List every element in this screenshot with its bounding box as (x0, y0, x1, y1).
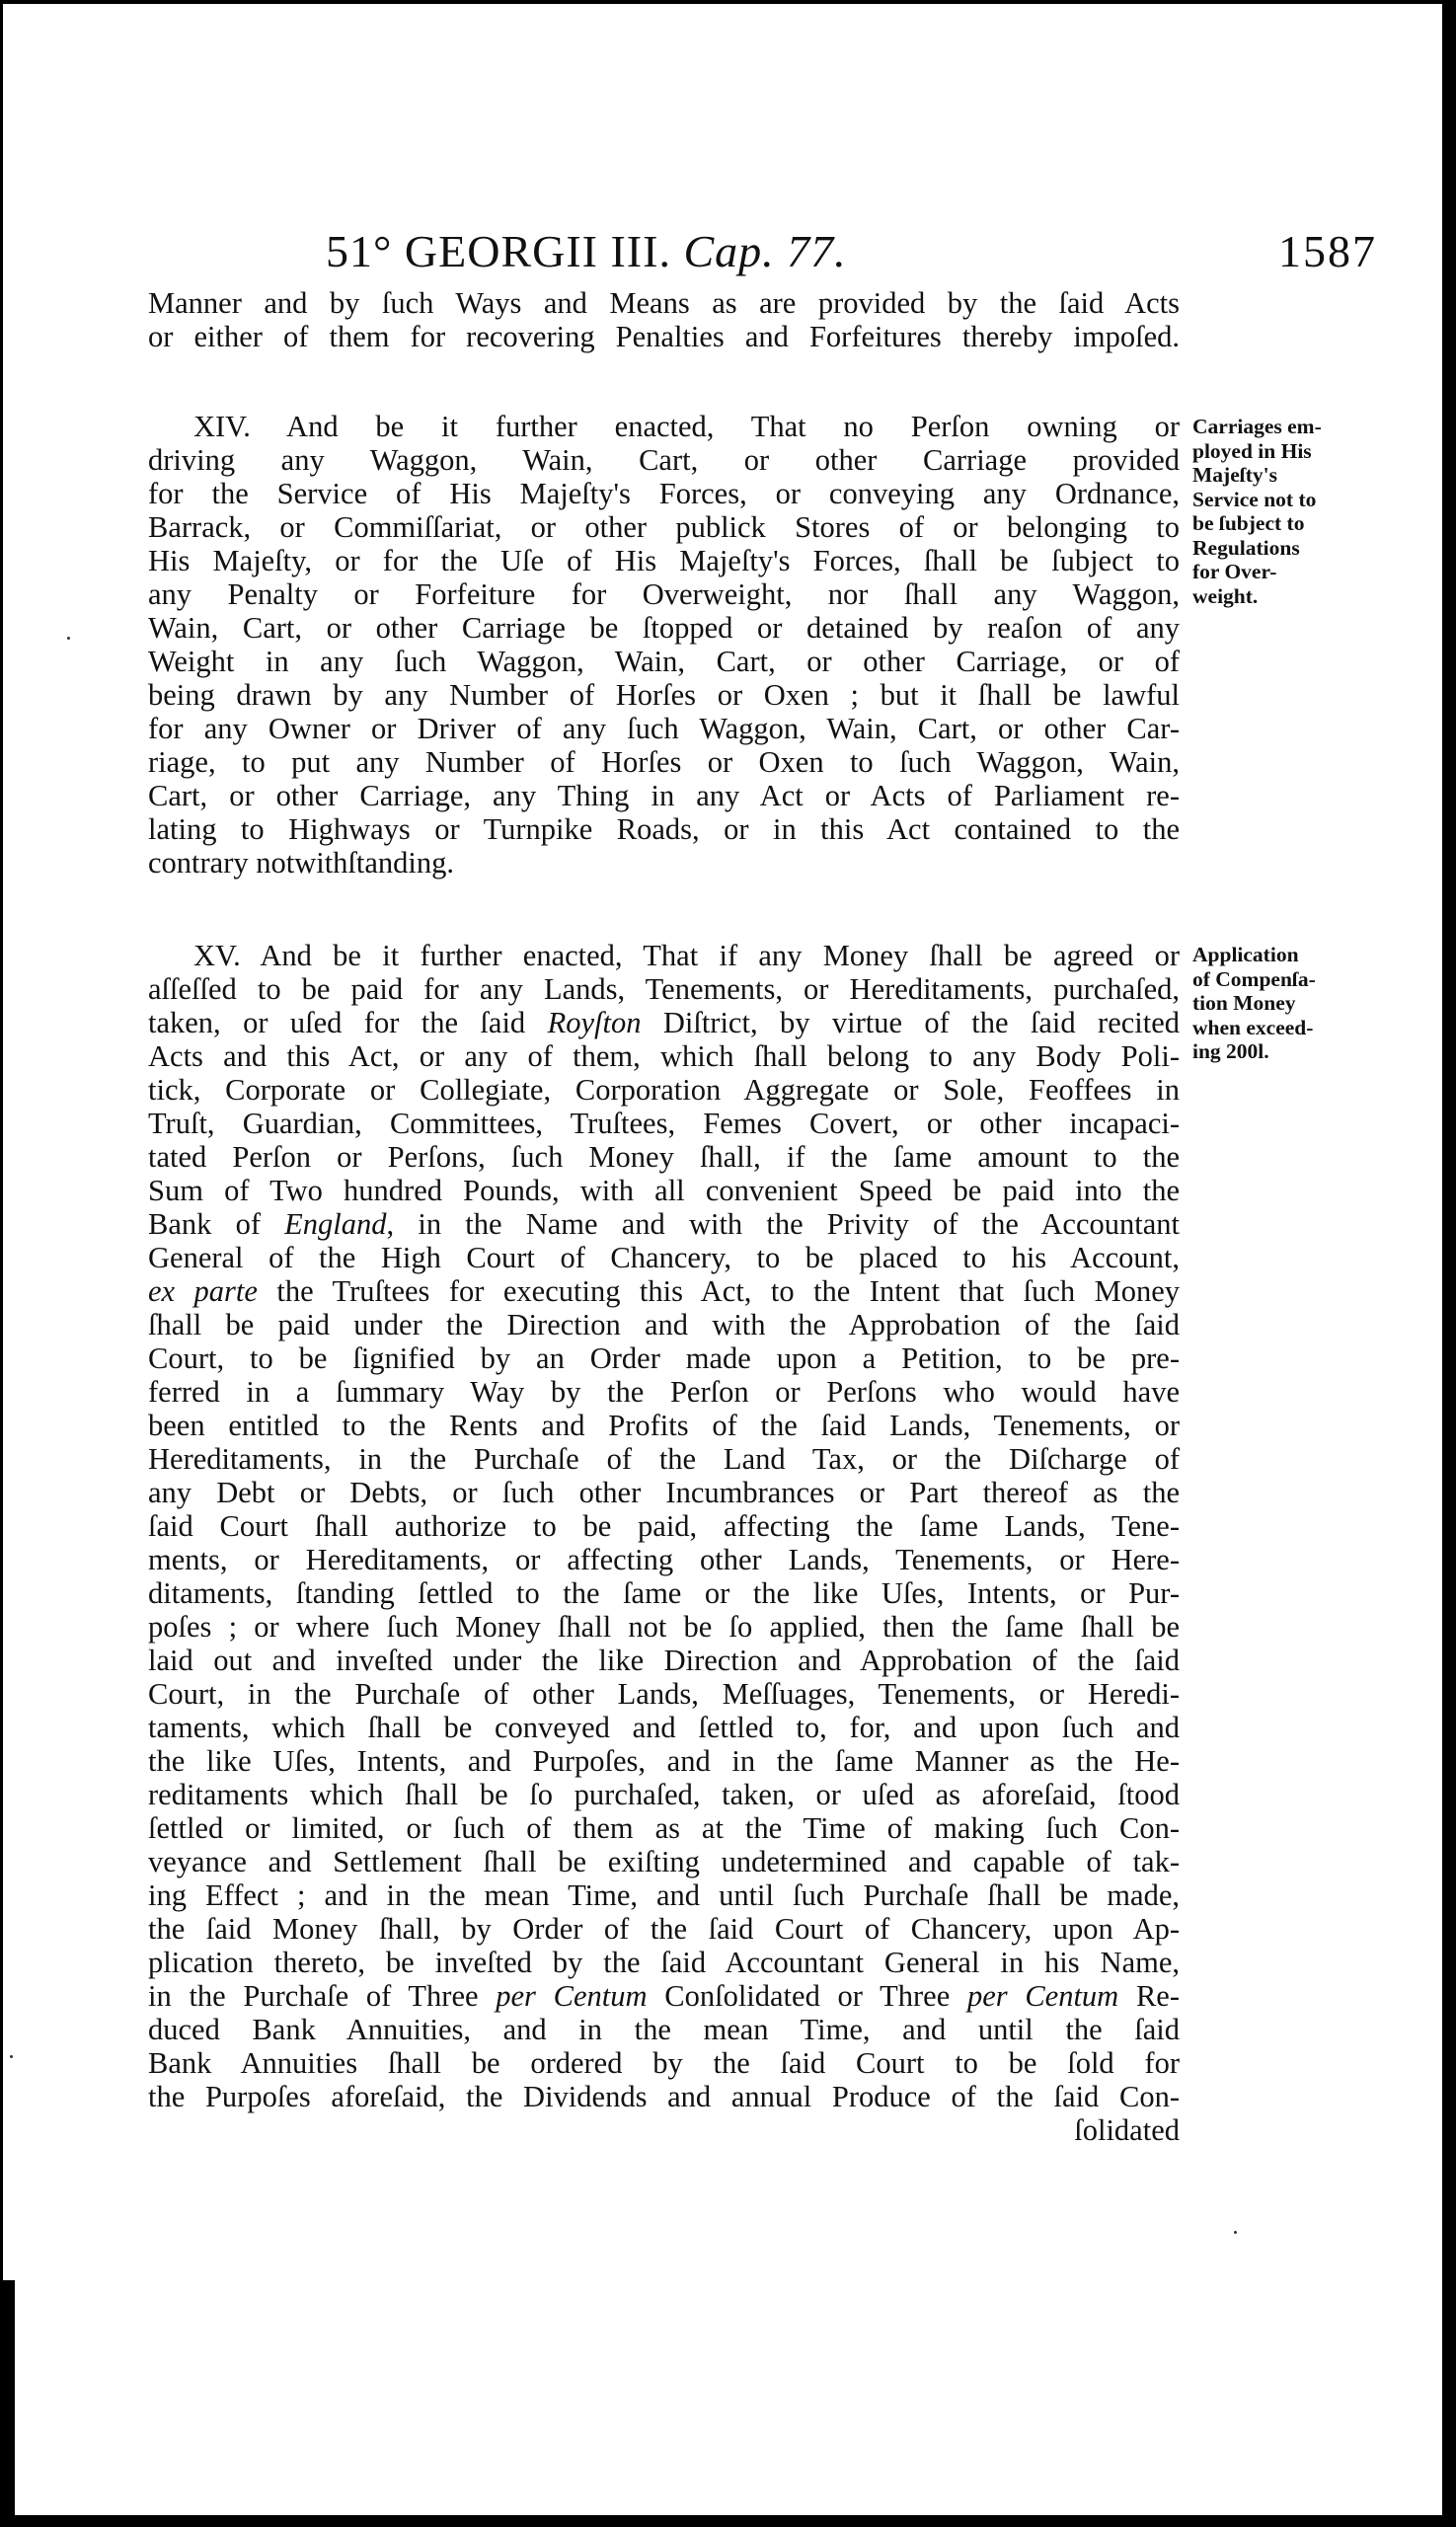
catchword: ſolidated (148, 2113, 1180, 2147)
text-line: been entitled to the Rents and Profits o… (148, 1409, 1180, 1442)
text-line: aſſeſſed to be paid for any Lands, Tenem… (148, 972, 1180, 1006)
margin-note-line: weight. (1192, 584, 1370, 609)
section-xv: XV. And be it further enacted, That if a… (148, 939, 1180, 2147)
scan-border-top (0, 0, 1456, 4)
margin-note-line: Regulations (1192, 536, 1370, 561)
text-line: Cart, or other Carriage, any Thing in an… (148, 779, 1180, 812)
text-line: tated Perſon or Perſons, ſuch Money ſhal… (148, 1140, 1180, 1174)
text-line: being drawn by any Number of Horſes or O… (148, 678, 1180, 712)
regnal-year: 51° (326, 226, 392, 276)
text-line: tick, Corporate or Collegiate, Corporati… (148, 1073, 1180, 1107)
margin-note-line: for Over- (1192, 560, 1370, 584)
text-line: Court, in the Purchaſe of other Lands, M… (148, 1677, 1180, 1711)
text-line: ex parte the Truſtees for executing this… (148, 1274, 1180, 1308)
text-line: laid out and inveſted under the like Dir… (148, 1644, 1180, 1677)
running-title: 51° GEORGII III. Cap. 77. (326, 225, 847, 277)
text-line: Court, to be ſignified by an Order made … (148, 1341, 1180, 1375)
text-line: in the Purchaſe of Three per Centum Conſ… (148, 1979, 1180, 2013)
italic-term: England (284, 1207, 386, 1241)
continuation-paragraph: Manner and by ſuch Ways and Means as are… (148, 286, 1180, 353)
text-line: Barrack, or Commiſſariat, or other publi… (148, 510, 1180, 544)
text-line: duced Bank Annuities, and in the mean Ti… (148, 2013, 1180, 2046)
margin-note-line: when exceed- (1192, 1016, 1370, 1040)
text-line: ditaments, ſtanding ſettled to the ſame … (148, 1576, 1180, 1610)
margin-note-line: Carriages em- (1192, 415, 1370, 439)
text-line: driving any Waggon, Wain, Cart, or other… (148, 443, 1180, 477)
section-heading-line: XIV. And be it further enacted, That no … (148, 410, 1180, 443)
margin-note-line: be ſubject to (1192, 511, 1370, 536)
scan-speck (67, 637, 70, 640)
scan-border-right (1442, 0, 1456, 2527)
text-line: for any Owner or Driver of any ſuch Wagg… (148, 712, 1180, 745)
text-line: ſettled or limited, or ſuch of them as a… (148, 1811, 1180, 1845)
running-header: 51° GEORGII III. Cap. 77. 1587 (148, 225, 1377, 288)
text-line: plication thereto, be inveſted by the ſa… (148, 1946, 1180, 1979)
margin-note-xiv: Carriages em-ployed in HisMajeſty'sServi… (1192, 415, 1370, 608)
text-line: His Majeſty, or for the Uſe of His Majeſ… (148, 544, 1180, 577)
page-number: 1587 (1278, 225, 1377, 277)
text-line: Manner and by ſuch Ways and Means as are… (148, 286, 1180, 320)
text-line: poſes ; or where ſuch Money ſhall not be… (148, 1610, 1180, 1644)
italic-term: per Centum (967, 1979, 1118, 2013)
margin-note-line: tion Money (1192, 991, 1370, 1016)
text-line: taments, which ſhall be conveyed and ſet… (148, 1711, 1180, 1744)
text-line: Hereditaments, in the Purchaſe of the La… (148, 1442, 1180, 1476)
text-line: ſhall be paid under the Direction and wi… (148, 1308, 1180, 1341)
scan-border-bottom (0, 2515, 1456, 2527)
text-line: reditaments which ſhall be ſo purchaſed,… (148, 1778, 1180, 1811)
text-line: Bank of England, in the Name and with th… (148, 1207, 1180, 1241)
text-line: Truſt, Guardian, Committees, Truſtees, F… (148, 1107, 1180, 1140)
text-line: Acts and this Act, or any of them, which… (148, 1039, 1180, 1073)
text-line: the Purpoſes aforeſaid, the Dividends an… (148, 2080, 1180, 2113)
text-line: Bank Annuities ſhall be ordered by the ſ… (148, 2046, 1180, 2080)
margin-note-line: of Compenſa- (1192, 967, 1370, 992)
margin-note-line: Majeſty's (1192, 463, 1370, 488)
margin-note-line: ployed in His (1192, 439, 1370, 464)
text-line: Weight in any ſuch Waggon, Wain, Cart, o… (148, 645, 1180, 678)
margin-note-line: ing 200l. (1192, 1039, 1370, 1064)
text-line: ſaid Court ſhall authorize to be paid, a… (148, 1509, 1180, 1543)
section-xiv: XIV. And be it further enacted, That no … (148, 410, 1180, 880)
text-line: any Penalty or Forfeiture for Overweight… (148, 577, 1180, 611)
text-line: ing Effect ; and in the mean Time, and u… (148, 1878, 1180, 1912)
statute-title: GEORGII III. (405, 226, 671, 276)
scan-border-left (0, 0, 3, 2280)
text-line: riage, to put any Number of Horſes or Ox… (148, 745, 1180, 779)
italic-term: ex parte (148, 1274, 258, 1308)
text-line: the like Uſes, Intents, and Purpoſes, an… (148, 1744, 1180, 1778)
text-line: Sum of Two hundred Pounds, with all conv… (148, 1174, 1180, 1207)
scan-speck (10, 2055, 13, 2058)
text-line: for the Service of His Majeſty's Forces,… (148, 477, 1180, 510)
text-line: Wain, Cart, or other Carriage be ſtopped… (148, 611, 1180, 645)
chapter-number: Cap. 77. (683, 226, 846, 276)
italic-term: per Centum (496, 1979, 647, 2013)
text-line: contrary notwithſtanding. (148, 846, 1180, 880)
text-line: or either of them for recovering Penalti… (148, 320, 1180, 353)
scan-speck (1234, 2231, 1237, 2234)
text-line: ferred in a ſummary Way by the Perſon or… (148, 1375, 1180, 1409)
italic-term: Royſton (548, 1006, 642, 1039)
text-line: veyance and Settlement ſhall be exiſting… (148, 1845, 1180, 1878)
text-line: any Debt or Debts, or ſuch other Incumbr… (148, 1476, 1180, 1509)
margin-note-line: Application (1192, 943, 1370, 967)
margin-note-line: Service not to (1192, 488, 1370, 512)
text-line: General of the High Court of Chancery, t… (148, 1241, 1180, 1274)
text-line: ments, or Hereditaments, or affecting ot… (148, 1543, 1180, 1576)
text-line: taken, or uſed for the ſaid Royſton Diſt… (148, 1006, 1180, 1039)
text-line: the ſaid Money ſhall, by Order of the ſa… (148, 1912, 1180, 1946)
scan-border-left-bottom (0, 2280, 15, 2527)
margin-note-xv: Applicationof Compenſa-tion Moneywhen ex… (1192, 943, 1370, 1064)
text-line: lating to Highways or Turnpike Roads, or… (148, 812, 1180, 846)
section-heading-line: XV. And be it further enacted, That if a… (148, 939, 1180, 972)
